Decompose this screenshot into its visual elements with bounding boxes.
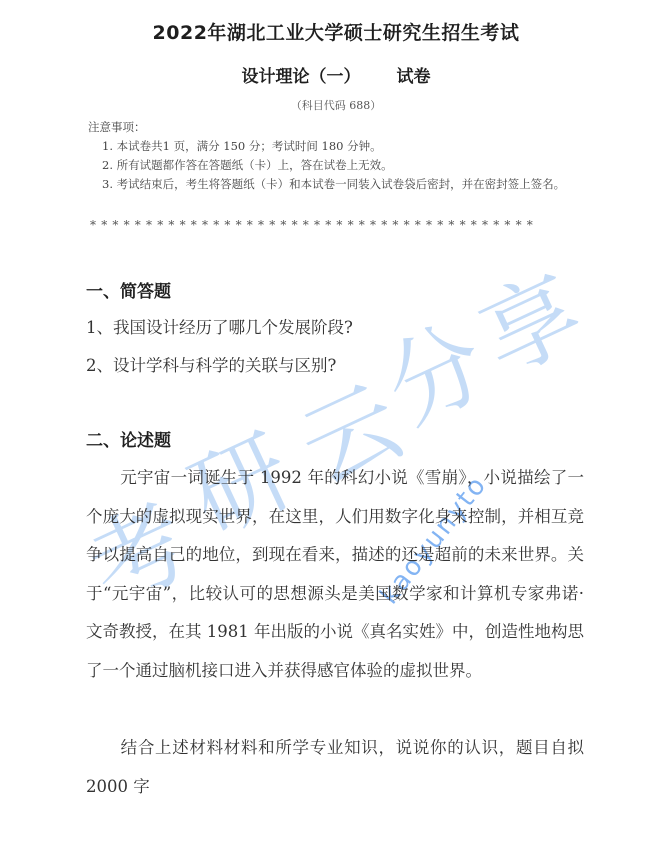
separator-stars: **************************************** [90, 218, 538, 232]
notice-block: 注意事项： 1. 本试卷共1 页，满分 150 分；考试时间 180 分钟。 2… [88, 118, 568, 194]
question-item: 2、设计学科与科学的关联与区别? [86, 352, 336, 376]
question-item: 1、我国设计经历了哪几个发展阶段? [86, 314, 353, 338]
notice-heading: 注意事项： [88, 118, 568, 137]
notice-item: 1. 本试卷共1 页，满分 150 分；考试时间 180 分钟。 [88, 137, 568, 156]
essay-material: 元宇宙一词诞生于 1992 年的科幻小说《雪崩》，小说描绘了一个庞大的虚拟现实世… [86, 459, 584, 690]
section-heading: 二、论述题 [86, 426, 171, 451]
subject-code: （科目代码 688） [0, 97, 672, 113]
exam-title: 2022年湖北工业大学硕士研究生招生考试 [0, 18, 672, 45]
subject-name: 设计理论（一） [242, 67, 361, 87]
essay-paragraph: 结合上述材料材料和所学专业知识，说说你的认识，题目自拟 2000 字 [86, 738, 584, 796]
essay-prompt: 结合上述材料材料和所学专业知识，说说你的认识，题目自拟 2000 字 [86, 729, 584, 806]
watermark-char: 享 [456, 236, 601, 401]
exam-subtitle: 设计理论（一）试卷 [0, 62, 672, 87]
section-heading: 一、简答题 [86, 277, 171, 302]
paper-label: 试卷 [397, 67, 431, 87]
notice-item: 3. 考试结束后，考生将答题纸（卡）和本试卷一同装入试卷袋后密封，并在密封签上签… [74, 175, 568, 194]
watermark-char: 分 [361, 286, 506, 451]
notice-item: 2. 所有试题都作答在答题纸（卡）上，答在试卷上无效。 [88, 156, 568, 175]
essay-paragraph: 元宇宙一词诞生于 1992 年的科幻小说《雪崩》，小说描绘了一个庞大的虚拟现实世… [86, 468, 584, 680]
